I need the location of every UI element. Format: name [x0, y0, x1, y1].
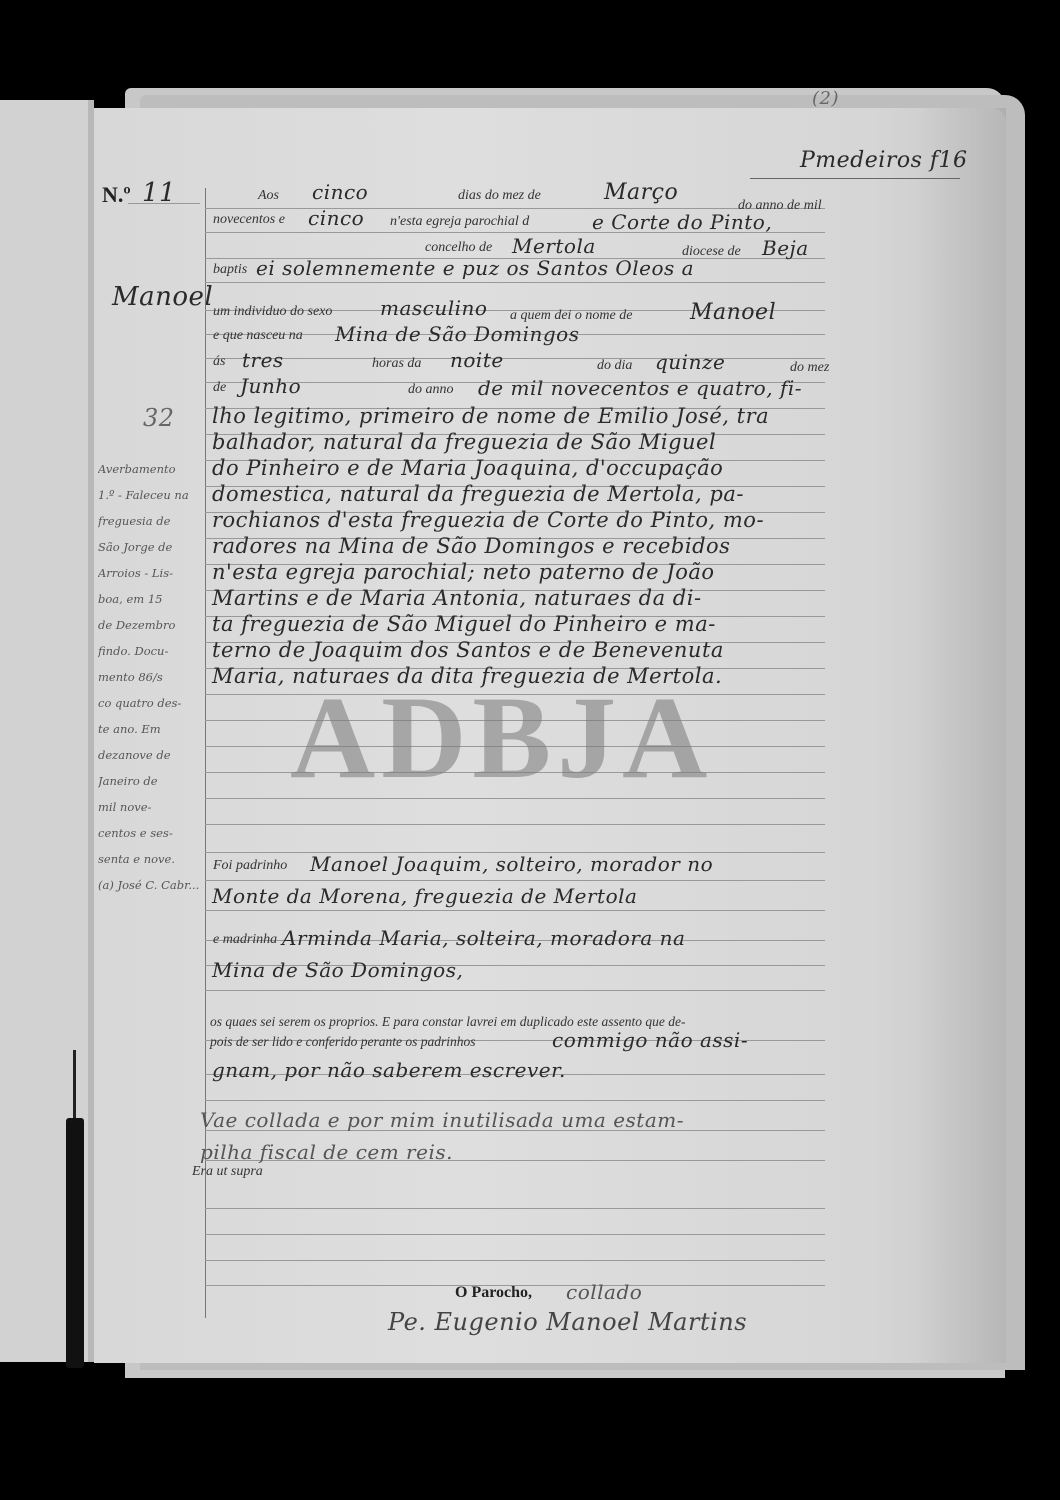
printed-do-dia: do dia — [597, 358, 632, 374]
parocho-collado: collado — [566, 1280, 642, 1304]
closing-handwritten-1: commigo não assi- — [552, 1028, 748, 1052]
sex-value: masculino — [380, 296, 487, 320]
body-line: domestica, natural da freguezia de Merto… — [212, 482, 744, 506]
printed-baptis: baptis — [213, 262, 247, 278]
annotation-line: te ano. Em — [98, 716, 202, 742]
annotation-line: São Jorge de — [98, 534, 202, 560]
rule — [205, 1208, 825, 1209]
rule — [205, 282, 825, 283]
spine — [88, 100, 94, 1362]
closing-handwritten-2: gnam, por não saberem escrever. — [212, 1058, 566, 1082]
margin-number: 32 — [143, 404, 175, 432]
printed-individuo: um individuo do sexo — [213, 304, 332, 320]
printed-de: de — [213, 380, 226, 396]
annotation-line: senta e nove. — [98, 846, 202, 872]
printed-madrinha: e madrinha — [213, 932, 277, 948]
annotation-line: Averbamento — [98, 456, 202, 482]
child-name-value: Manoel — [690, 300, 776, 325]
diocese-value: Beja — [762, 236, 809, 260]
annotation-line: mil nove- — [98, 794, 202, 820]
printed-aos: Aos — [258, 188, 279, 204]
body-line: rochianos d'esta freguezia de Corte do P… — [212, 508, 764, 532]
entry-number-underline — [128, 203, 200, 204]
rule — [205, 1260, 825, 1261]
stamp-note-1: Vae collada e por mim inutilisada uma es… — [200, 1108, 684, 1132]
binding-thread — [73, 1050, 76, 1120]
closing-printed-2: pois de ser lido e conferido perante os … — [210, 1034, 475, 1050]
body-line: lho legitimo, primeiro de nome de Emilio… — [212, 404, 769, 428]
parish-value: e Corte do Pinto, — [592, 210, 772, 234]
annotation-line: co quatro des- — [98, 690, 202, 716]
godfather-line-1: Manoel Joaquim, solteiro, morador no — [310, 852, 713, 876]
rule — [205, 824, 825, 825]
folio-mark: Pmedeiros f16 — [800, 148, 968, 173]
watermark: ADBJA — [290, 670, 713, 806]
annotation-line: dezanove de — [98, 742, 202, 768]
annotation-line: (a) José C. Cabr... — [98, 872, 202, 898]
birth-month-value: Junho — [240, 374, 301, 398]
body-line: do Pinheiro e de Maria Joaquina, d'occup… — [212, 456, 723, 480]
body-line: terno de Joaquim dos Santos e de Beneven… — [212, 638, 724, 662]
birth-year-value: de mil novecentos e quatro, fi- — [478, 376, 802, 400]
godmother-line-1: Arminda Maria, solteira, moradora na — [282, 926, 685, 950]
printed-horas: horas da — [372, 356, 421, 372]
annotation-line: de Dezembro — [98, 612, 202, 638]
priest-signature: Pe. Eugenio Manoel Martins — [388, 1308, 747, 1336]
printed-concelho: concelho de — [425, 240, 492, 256]
year-value: cinco — [308, 206, 364, 230]
rule — [205, 880, 825, 881]
annotation-line: mento 86/s — [98, 664, 202, 690]
rule — [205, 208, 825, 209]
godfather-line-2: Monte da Morena, freguezia de Mertola — [212, 884, 637, 908]
printed-nasceu: e que nasceu na — [213, 328, 303, 344]
annotation-line: 1.º - Faleceu na — [98, 482, 202, 508]
annotation-line: centos e ses- — [98, 820, 202, 846]
body-line: n'esta egreja parochial; neto paterno de… — [212, 560, 715, 584]
stamp-note-2: pilha fiscal de cem reis. — [200, 1140, 453, 1164]
body-line: balhador, natural da freguezia de São Mi… — [212, 430, 716, 454]
body-line: ta freguezia de São Miguel do Pinheiro e… — [212, 612, 716, 636]
printed-novecentos: novecentos e — [213, 212, 285, 228]
rule — [205, 358, 825, 359]
binding-clip — [66, 1118, 84, 1368]
annotation-line: freguesia de — [98, 508, 202, 534]
rule — [205, 1100, 825, 1101]
parocho-label: O Parocho, — [455, 1284, 532, 1302]
body-line: radores na Mina de São Domingos e recebi… — [212, 534, 730, 558]
margin-name: Manoel — [112, 282, 213, 312]
birth-day-value: quinze — [655, 350, 725, 374]
month-value: Março — [604, 180, 678, 205]
margin-annotation: Averbamento 1.º - Faleceu na freguesia d… — [98, 456, 202, 898]
annotation-line: findo. Docu- — [98, 638, 202, 664]
printed-dias-do-mez: dias do mez de — [458, 188, 541, 204]
printed-egreja: n'esta egreja parochial d — [390, 214, 529, 230]
annotation-line: boa, em 15 — [98, 586, 202, 612]
printed-do-mez: do mez — [790, 360, 829, 376]
godmother-line-2: Mina de São Domingos, — [212, 958, 463, 982]
body-line: Martins e de Maria Antonia, naturaes da … — [212, 586, 702, 610]
entry-number-label: N.º — [102, 182, 131, 208]
top-corner-note: (2) — [812, 88, 839, 109]
printed-padrinho: Foi padrinho — [213, 858, 287, 874]
rule — [205, 1234, 825, 1235]
municipality-value: Mertola — [512, 234, 596, 258]
day-value: cinco — [312, 180, 368, 204]
folio-underline — [750, 178, 960, 179]
printed-do-anno-2: do anno — [408, 382, 454, 398]
annotation-line: Janeiro de — [98, 768, 202, 794]
baptism-text: ei solemnemente e puz os Santos Oleos a — [256, 256, 694, 280]
hour-value: tres — [242, 348, 284, 372]
printed-as: ás — [213, 354, 225, 370]
birthplace-value: Mina de São Domingos — [335, 322, 579, 346]
annotation-line: Arroios - Lis- — [98, 560, 202, 586]
time-of-day-value: noite — [450, 348, 504, 372]
rule — [205, 990, 825, 991]
era-ut-supra: Era ut supra — [192, 1164, 263, 1180]
rule — [205, 910, 825, 911]
